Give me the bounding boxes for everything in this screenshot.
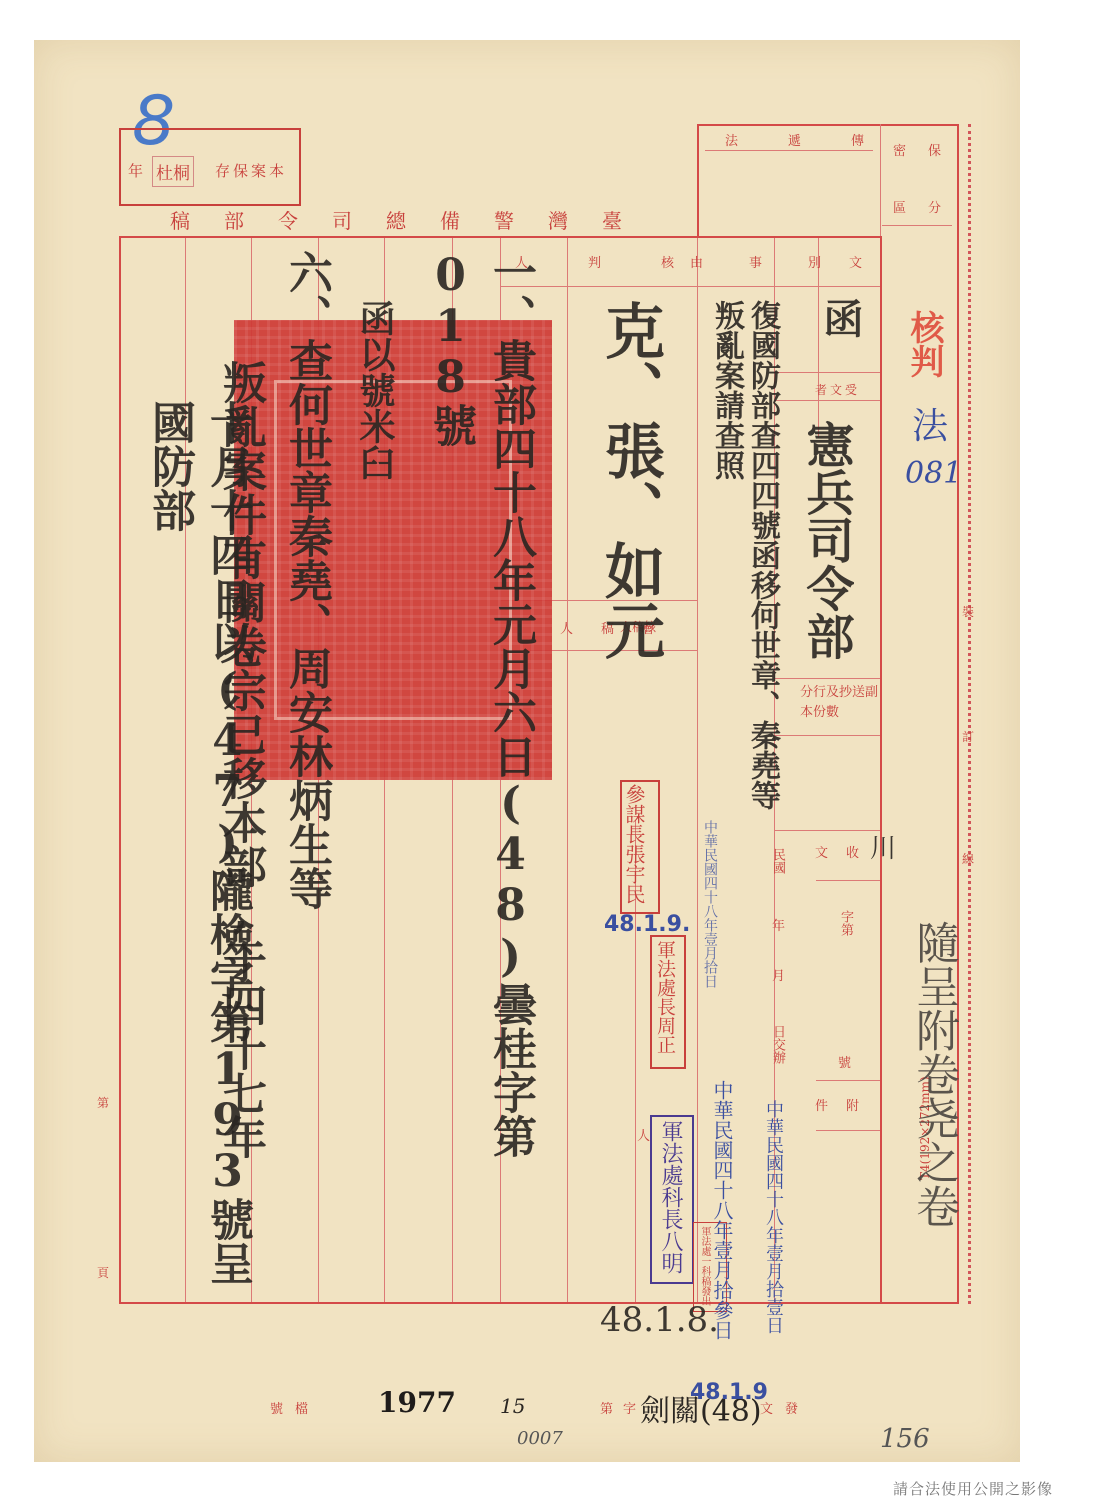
person-label: 人 (637, 1125, 650, 1144)
date-label-roc: 民國 (768, 848, 787, 874)
file-number: 1977 (378, 1386, 456, 1419)
military-law-chief-stamp: 軍法處長周正 (652, 940, 679, 1054)
archive-box-label: 本案保存 (215, 160, 287, 181)
date-label-day: 日交辦 (768, 1025, 787, 1064)
file-no-label: 檔號 (270, 1398, 320, 1417)
receipt-number-end: 號 (838, 1052, 851, 1071)
binding-label-2: 訂 (962, 728, 974, 745)
header-recipient: 受文者 (815, 381, 860, 398)
body-line-1: 一、貴部四十八年元月六日(48)曇桂字第018號 (420, 250, 540, 1290)
date-label-year: 年 (772, 915, 785, 934)
header-doc-type: 文別 (808, 252, 890, 271)
page-label-top: 第 (97, 1094, 109, 1111)
page-title: 臺灣警備總司令部稿 (170, 205, 656, 234)
subject-handwriting: 復國防部查四四號函移何世章、秦堯等叛亂案請查照 (708, 300, 780, 830)
date-handwritten: 48.1.8. (600, 1300, 719, 1340)
file-subnumber: 15 (500, 1394, 525, 1418)
military-law-clerk-stamp: 軍法處科長八明 (655, 1120, 686, 1274)
page-label-bottom: 頁 (97, 1264, 109, 1281)
security-label-2: 區分 (893, 197, 963, 216)
main-frame-bottom (119, 1302, 959, 1304)
binding-line (968, 124, 971, 1304)
date-roc-stamp-2: 中華民國四十八年壹月拾壹日 (760, 1100, 786, 1334)
serial-number: 081 (905, 456, 962, 491)
receipt-mark: 川 (870, 828, 896, 865)
header-subject: 事由 (690, 252, 808, 271)
security-label-1: 保密 (893, 140, 963, 159)
body-line-5: 十月十四日以(47)隴檢字第193號呈國防部 (140, 400, 256, 1300)
right-margin-extra: 156 (880, 1424, 930, 1454)
transmission-box-title: 傳遞法 (725, 130, 914, 149)
header-receipt: 收文 (815, 842, 877, 861)
receipt-number-char: 字第 (836, 910, 855, 936)
binding-label-1: 裝 (962, 603, 974, 620)
body-line-3: 六、查何世章秦堯、周安林炳生等 (278, 250, 334, 1290)
date-stamp-blue-2: 48.1.9 (690, 1380, 768, 1405)
header-attachment: 附件 (815, 1095, 877, 1114)
right-margin-note: 隨呈附卷尧之卷 (905, 920, 961, 1440)
binding-label-3: 線 (962, 850, 974, 867)
approval-stamp: 核判 (900, 310, 949, 378)
file-subnumber-2: 0007 (517, 1428, 563, 1449)
archive-box-year: 年 (128, 160, 143, 181)
date-roc-stamp-3: 中華民國四十八年壹月拾日 (700, 820, 720, 988)
body-line-2: 函以號米臼 (350, 300, 400, 600)
date-label-month: 月 (772, 965, 785, 984)
class-mark: 法 (912, 398, 948, 449)
usage-watermark: 請合法使用公開之影像 (893, 1478, 1053, 1499)
archive-box-stamp: 桐杜 (152, 156, 194, 187)
recipient-handwriting: 憲兵司令部 (800, 420, 852, 700)
date-stamp-blue-1: 48.1.9. (604, 912, 690, 937)
chief-of-staff-stamp: 參謀長張宇民 (624, 784, 644, 904)
approver-mark: 克、張、如元 (580, 300, 680, 800)
doc-type-value: 函 (812, 298, 869, 338)
